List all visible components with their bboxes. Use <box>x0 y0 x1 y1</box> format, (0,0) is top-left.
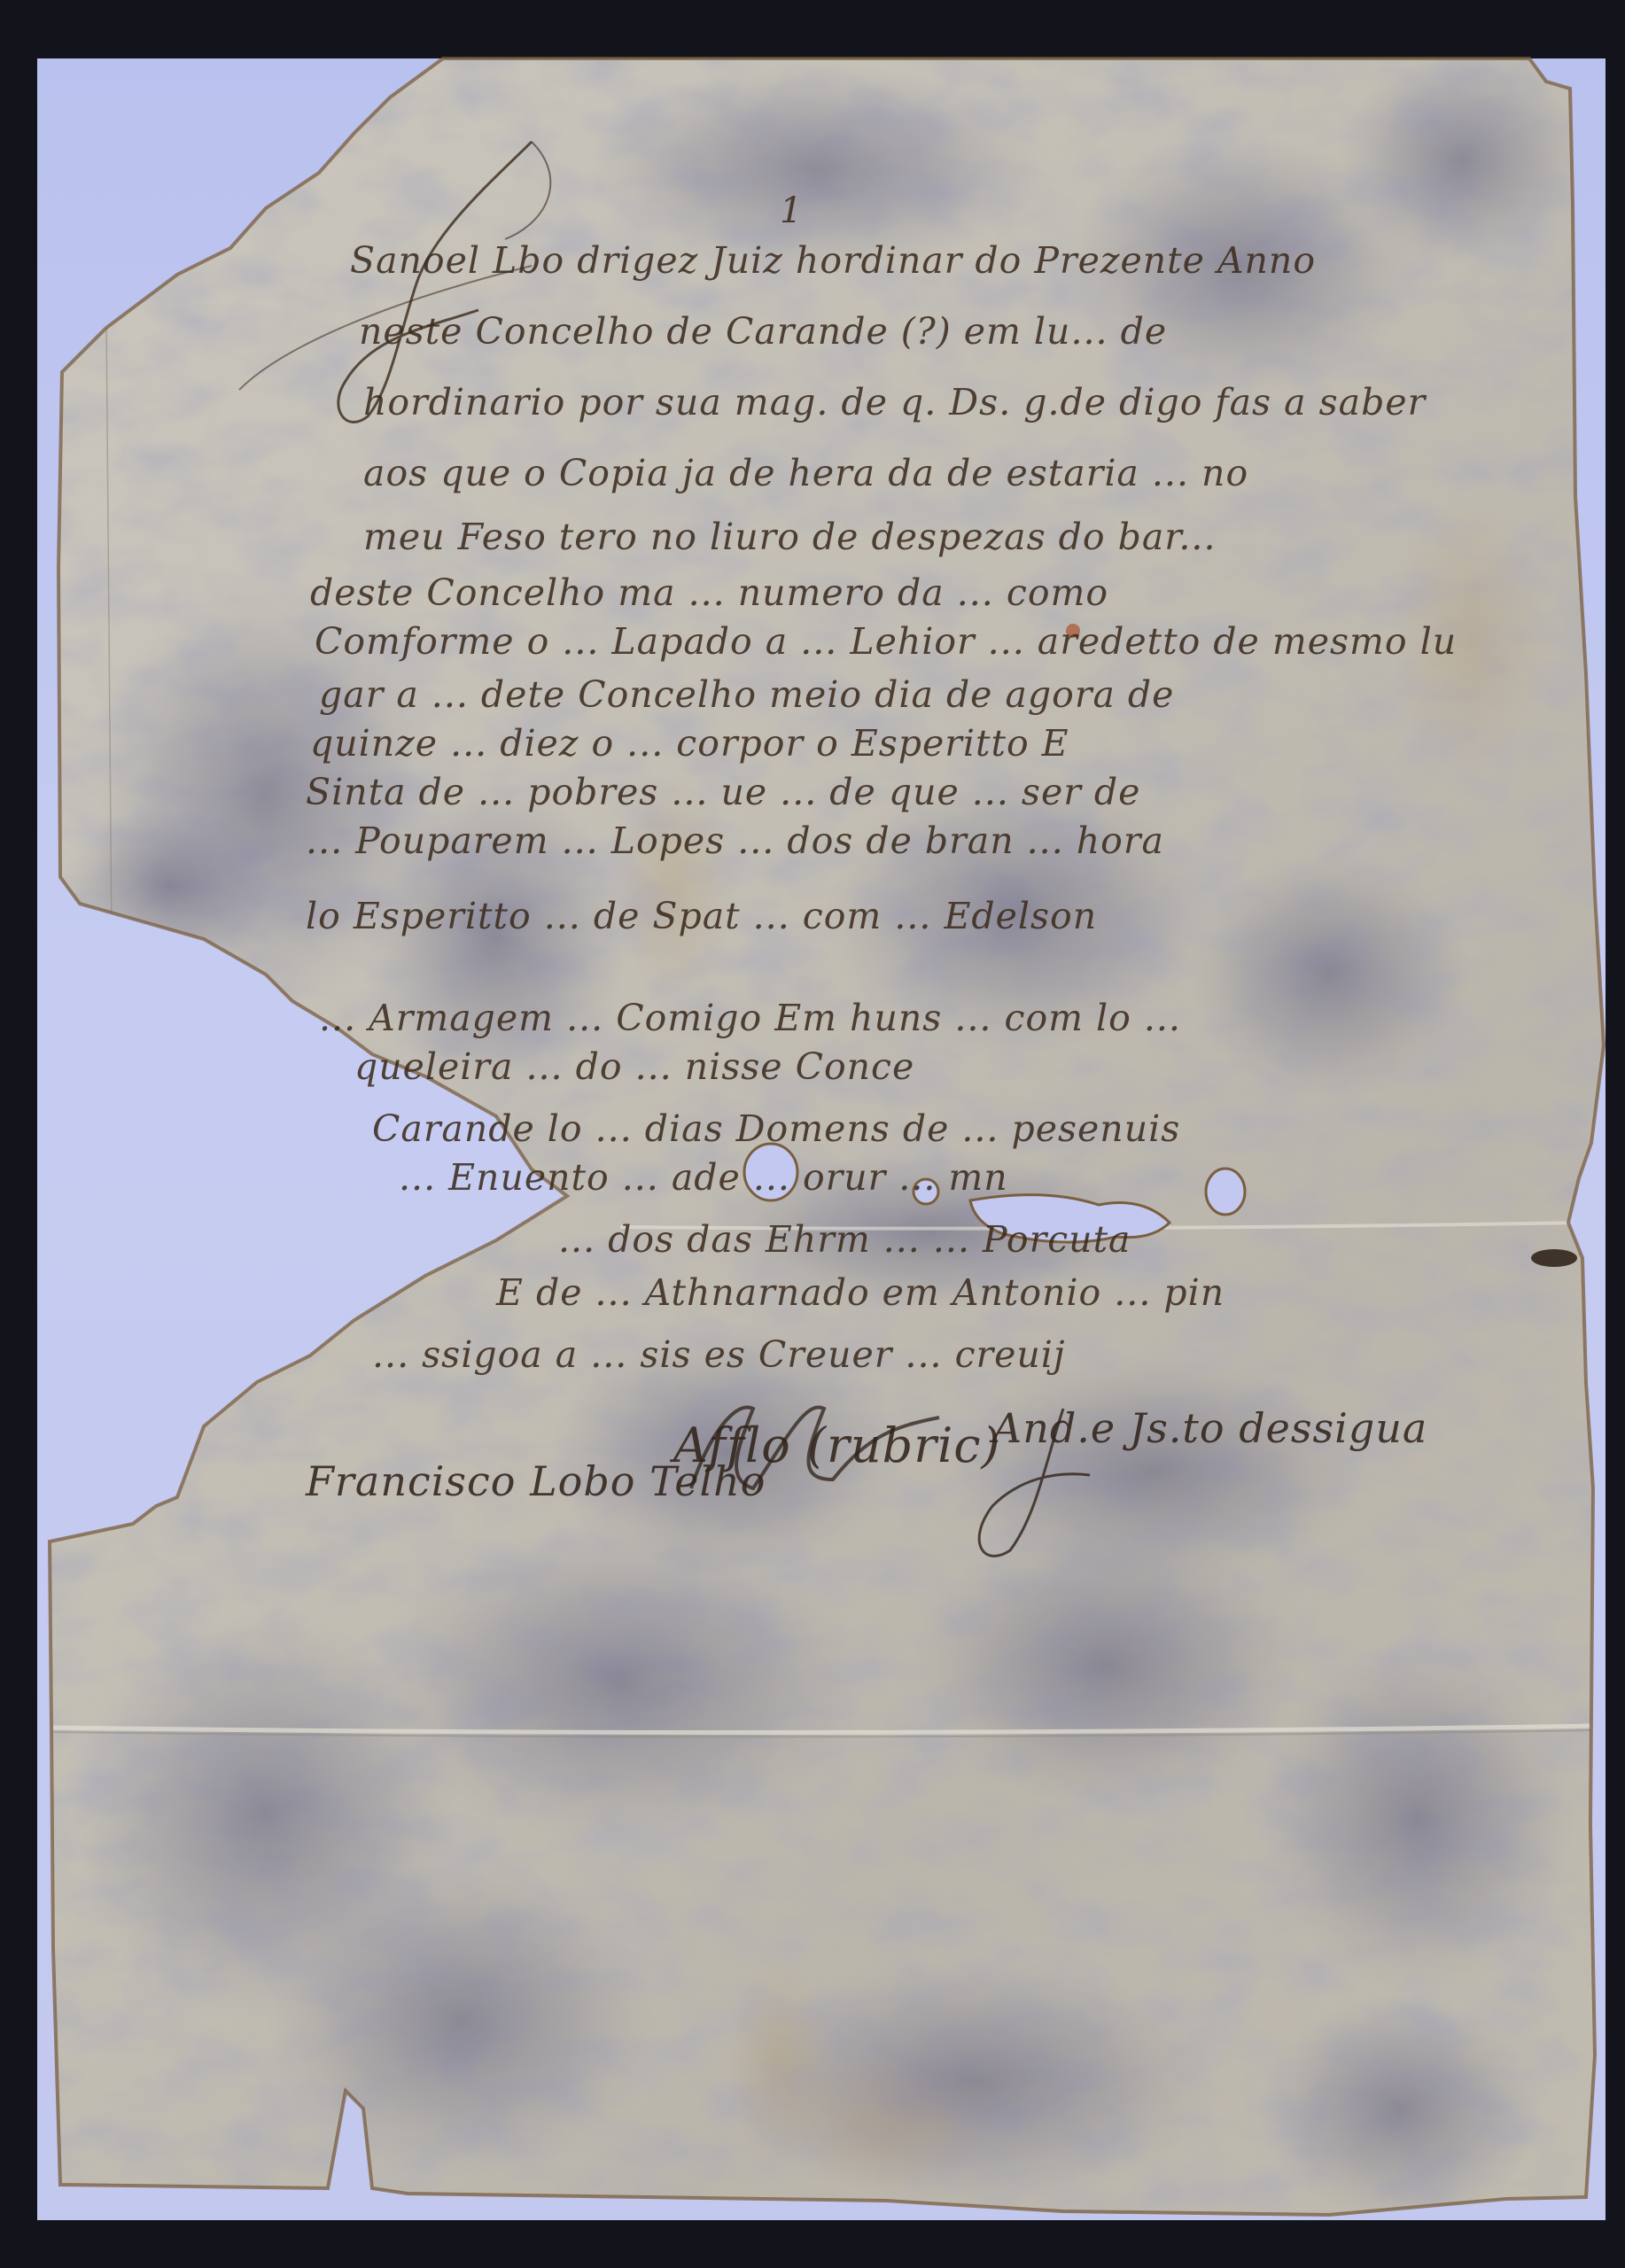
manuscript-paper <box>0 0 1625 2268</box>
paper-sheet <box>35 53 1613 2233</box>
